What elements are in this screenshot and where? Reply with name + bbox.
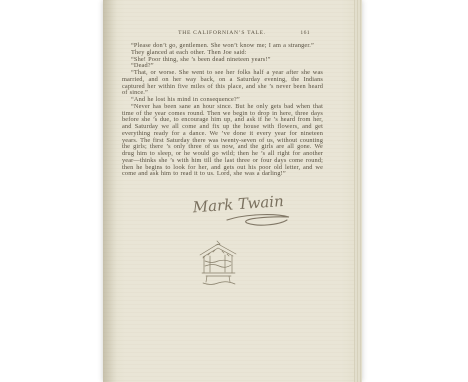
auction-photo-background: THE CALIFORNIAN’S TALE. 161 “Please don’… [0,0,468,382]
signature-drawing: Mark Twain [175,188,335,234]
running-header: THE CALIFORNIAN’S TALE. 161 [122,30,322,39]
cabin-vignette-illustration [196,238,242,288]
paragraph: “Never has been sane an hour since. But … [122,104,323,178]
story-text: “Please don’t go, gentlemen. She won’t k… [122,43,323,178]
chapter-title: THE CALIFORNIAN’S TALE. [122,30,322,36]
page-number: 161 [300,30,310,36]
signature-name-text: Mark Twain [191,192,284,216]
mark-twain-signature: Mark Twain [175,188,335,234]
vignette-lattice [205,260,231,267]
vignette-roof [200,244,236,255]
book-page-photo: THE CALIFORNIAN’S TALE. 161 “Please don’… [103,0,362,382]
signature-flourish [227,215,289,226]
vignette-posts [204,255,232,273]
paragraph: “That, or worse. She went to see her fol… [122,70,323,97]
vignette-legs [206,276,230,282]
page-gutter-shadow [103,0,117,382]
vignette-base [202,273,235,276]
vignette-ground [203,282,235,285]
stacked-page-edges [354,0,362,382]
cabin-sketch [196,238,242,288]
